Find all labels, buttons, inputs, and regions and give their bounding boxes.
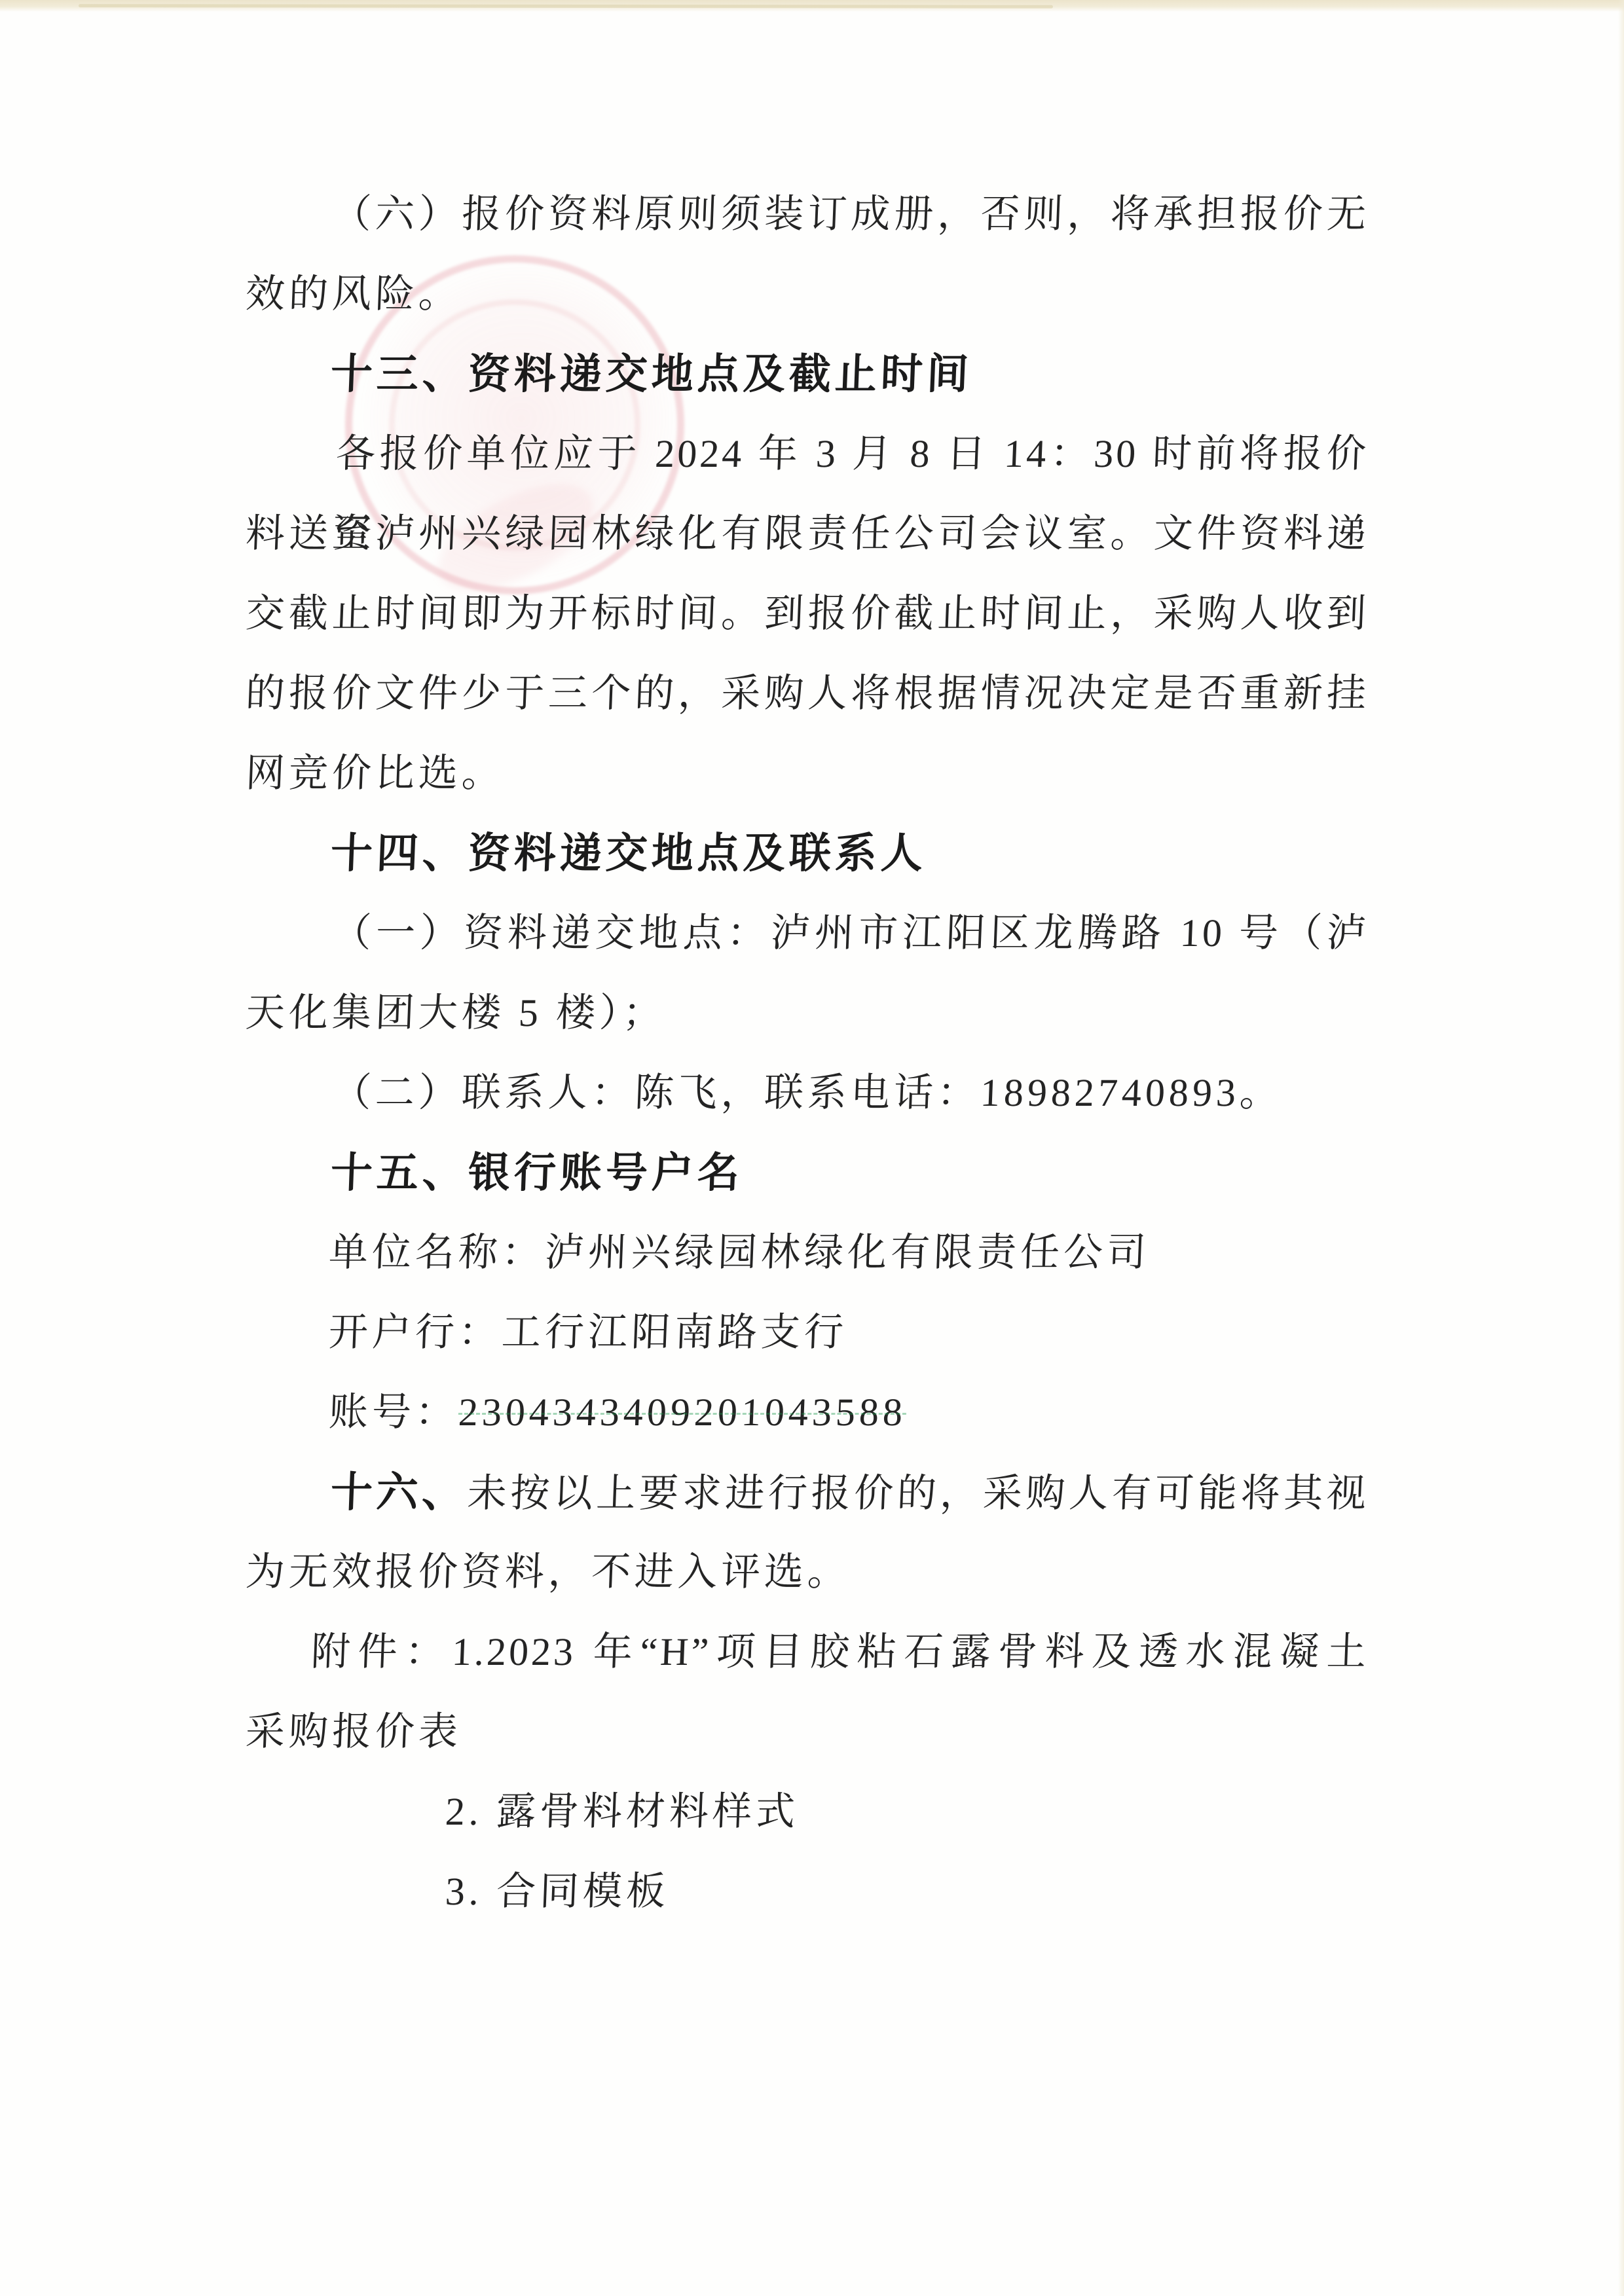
- document-line-7: 的报价文件少于三个的，采购人将根据情况决定是否重新挂: [244, 653, 1371, 733]
- body-text-run: 料送至泸州兴绿园林绿化有限责任公司会议室。文件资料递: [245, 512, 1370, 555]
- document-content: （六）报价资料原则须装订成册，否则，将承担报价无效的风险。十三、资料递交地点及截…: [0, 0, 1624, 2296]
- document-line-8: 网竞价比选。: [244, 733, 1371, 813]
- document-line-9: 十四、资料递交地点及联系人: [244, 813, 1371, 893]
- body-text-run: 附件：1.2023 年“H”项目胶粘石露骨料及透水混凝土: [310, 1630, 1370, 1673]
- body-text-run: 的报价文件少于三个的，采购人将根据情况决定是否重新挂: [245, 672, 1370, 715]
- body-text-run: 开户行：工行江阳南路支行: [328, 1311, 849, 1354]
- document-line-3: 十三、资料递交地点及截止时间: [244, 334, 1371, 414]
- body-text-run: （六）报价资料原则须装订成册，否则，将承担报价无: [331, 192, 1370, 236]
- document-line-19: 附件：1.2023 年“H”项目胶粘石露骨料及透水混凝土: [244, 1612, 1371, 1692]
- body-text-run: 3. 合同模板: [445, 1870, 671, 1913]
- scan-right-edge-artifact: [1618, 0, 1624, 2296]
- heading-text-run: 十三、资料递交地点及截止时间: [330, 350, 974, 397]
- document-line-4: 各报价单位应于 2024 年 3 月 8 日 14：30 时前将报价资: [244, 414, 1371, 494]
- body-text-run: 效的风险。: [245, 272, 463, 316]
- body-text-run: 2304343409201043588: [458, 1391, 908, 1434]
- document-line-12: （二）联系人：陈飞，联系电话：18982740893。: [244, 1053, 1371, 1133]
- heading-text-run: 十五、银行账号户名: [330, 1149, 745, 1196]
- body-text-run: 账号：: [328, 1391, 460, 1434]
- document-line-18: 为无效报价资料，不进入评选。: [244, 1532, 1371, 1612]
- body-text-run: 天化集团大楼 5 楼）；: [245, 991, 667, 1034]
- document-line-11: 天化集团大楼 5 楼）；: [244, 973, 1371, 1053]
- document-line-6: 交截止时间即为开标时间。到报价截止时间止，采购人收到: [244, 574, 1371, 653]
- body-text-run: 采购报价表: [245, 1710, 463, 1753]
- document-line-16: 账号：2304343409201043588: [244, 1372, 1371, 1452]
- document-line-22: 3. 合同模板: [244, 1851, 1371, 1931]
- body-text-run: 未按以上要求进行报价的，采购人有可能将其视: [466, 1472, 1369, 1515]
- body-text-run: 单位名称：泸州兴绿园林绿化有限责任公司: [328, 1231, 1151, 1274]
- document-line-10: （一）资料递交地点：泸州市江阳区龙腾路 10 号（泸: [244, 893, 1371, 973]
- heading-text-run: 十六、: [330, 1468, 469, 1516]
- body-text-run: 为无效报价资料，不进入评选。: [245, 1550, 852, 1594]
- document-line-17: 十六、未按以上要求进行报价的，采购人有可能将其视: [244, 1452, 1371, 1532]
- body-text-run: （一）资料递交地点：泸州市江阳区龙腾路 10 号（泸: [331, 911, 1370, 955]
- document-line-21: 2. 露骨料材料样式: [244, 1772, 1371, 1851]
- document-line-1: （六）报价资料原则须装订成册，否则，将承担报价无: [244, 174, 1371, 254]
- body-text-run: 网竞价比选。: [245, 752, 506, 795]
- heading-text-run: 十四、资料递交地点及联系人: [330, 829, 928, 877]
- document-line-14: 单位名称：泸州兴绿园林绿化有限责任公司: [244, 1212, 1371, 1292]
- document-line-13: 十五、银行账号户名: [244, 1133, 1371, 1212]
- body-text-run: （二）联系人：陈飞，联系电话：18982740893。: [331, 1071, 1284, 1114]
- body-text-run: 2. 露骨料材料样式: [445, 1790, 800, 1833]
- document-line-20: 采购报价表: [244, 1692, 1371, 1772]
- document-line-2: 效的风险。: [244, 254, 1371, 334]
- scanned-document-page: （六）报价资料原则须装订成册，否则，将承担报价无效的风险。十三、资料递交地点及截…: [0, 0, 1624, 2296]
- document-line-5: 料送至泸州兴绿园林绿化有限责任公司会议室。文件资料递: [244, 494, 1371, 574]
- document-line-15: 开户行：工行江阳南路支行: [244, 1292, 1371, 1372]
- body-text-run: 交截止时间即为开标时间。到报价截止时间止，采购人收到: [245, 592, 1370, 635]
